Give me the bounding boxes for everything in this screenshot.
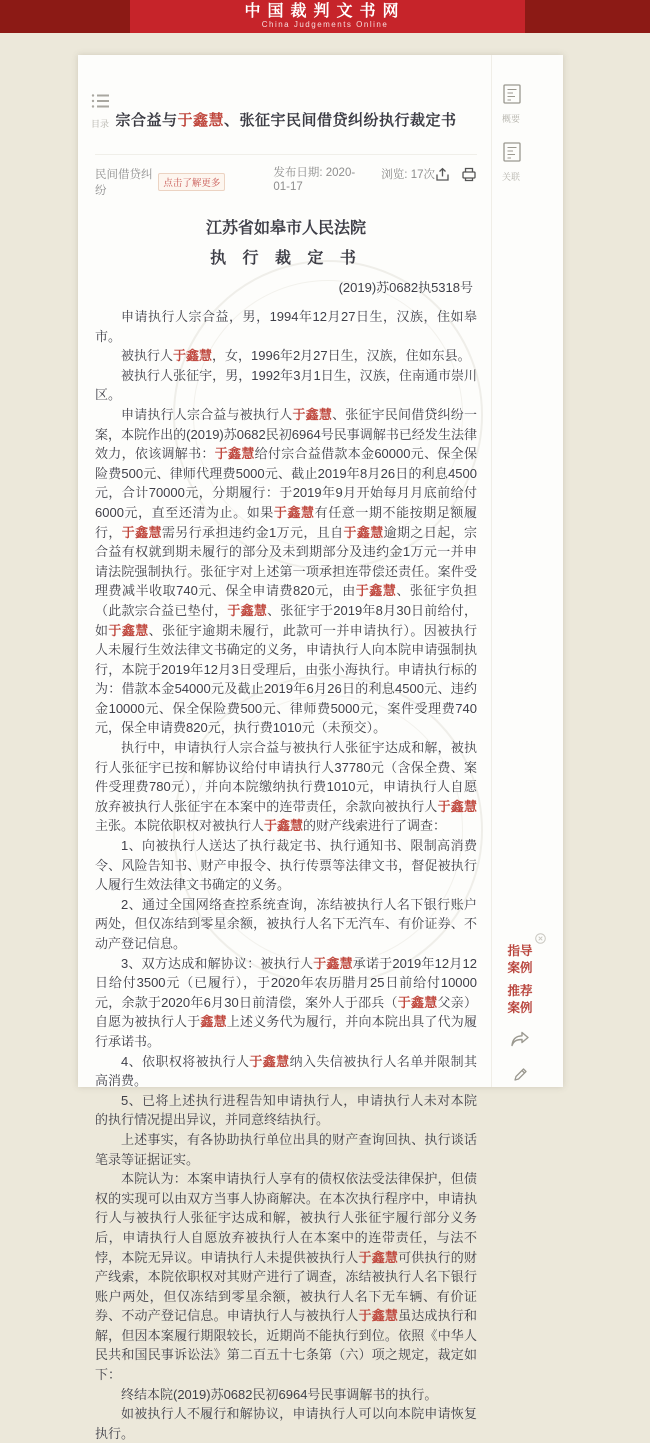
document-card: 目录 宗合益与于鑫慧、张征宇民间借贷纠纷执行裁定书 民间借贷纠纷 点击了解更多 … (78, 55, 563, 1087)
document-paragraph: 被执行人张征宇，男，1992年3月1日生，汉族，住南通市崇川区。 (95, 366, 477, 405)
document-meta-bar: 民间借贷纠纷 点击了解更多 发布日期: 2020-01-17 浏览: 17次 (95, 154, 477, 198)
tab-recommended-cases[interactable]: 推荐案例 (505, 983, 535, 1017)
related-tool[interactable]: 关联 (492, 141, 563, 183)
catalog-tool-label: 目录 (79, 117, 121, 130)
document-paragraph: 3、双方达成和解协议：被执行人于鑫慧承诺于2019年12月12日给付3500元（… (95, 954, 477, 1052)
court-name: 江苏省如皋市人民法院 (95, 215, 477, 238)
overview-tool-label: 概要 (502, 112, 563, 125)
related-doc-icon (502, 150, 522, 167)
overview-tool[interactable]: 概要 (492, 83, 563, 125)
document-paragraph: 被执行人于鑫慧，女，1996年2月27日生，汉族，住如东县。 (95, 346, 477, 366)
document-body: 申请执行人宗合益，男，1994年12月27日生，汉族，住如皋市。被执行人于鑫慧，… (95, 307, 477, 1087)
learn-more-link[interactable]: 点击了解更多 (158, 173, 225, 191)
document-title: 宗合益与于鑫慧、张征宇民间借贷纠纷执行裁定书 (95, 109, 477, 130)
site-title: 中国裁判文书网 (244, 3, 405, 20)
site-subtitle: China Judgements Online (262, 20, 389, 30)
tool-sidebar: 概要 关联 指导案例 推荐案例 (491, 55, 563, 1087)
document-type: 执 行 裁 定 书 (95, 245, 477, 268)
document-paragraph: 4、依职权将被执行人于鑫慧纳入失信被执行人名单并限制其高消费。 (95, 1052, 477, 1087)
site-banner: 中国裁判文书网 China Judgements Online (0, 0, 650, 33)
catalog-tool[interactable]: 目录 (79, 93, 121, 130)
case-tabs-panel: 指导案例 推荐案例 (498, 943, 542, 1087)
catalog-list-icon (91, 96, 110, 113)
document-paragraph: 2、通过全国网络查控系统查询，冻结被执行人名下银行账户两处，但仅冻结到零星余额，… (95, 895, 477, 954)
related-tool-label: 关联 (502, 170, 563, 183)
share-icon[interactable] (435, 167, 450, 185)
document-paragraph: 执行中，申请执行人宗合益与被执行人张征宇达成和解，被执行人张征宇已按和解协议给付… (95, 738, 477, 836)
print-icon[interactable] (461, 167, 477, 185)
document-paragraph: 1、向被执行人送达了执行裁定书、执行通知书、限制高消费令、风险告知书、财产申报令… (95, 836, 477, 895)
overview-doc-icon (502, 92, 522, 109)
document-paragraph: 申请执行人宗合益与被执行人于鑫慧、张征宇民间借贷纠纷一案，本院作出的(2019)… (95, 405, 477, 738)
publish-date: 发布日期: 2020-01-17 (273, 166, 355, 194)
view-count: 浏览: 17次 (381, 166, 435, 182)
tab-guidance-cases[interactable]: 指导案例 (505, 943, 535, 977)
document-paragraph: 申请执行人宗合益，男，1994年12月27日生，汉族，住如皋市。 (95, 307, 477, 346)
pencil-icon[interactable] (498, 1066, 542, 1087)
case-number: (2019)苏0682执5318号 (95, 277, 477, 296)
forward-share-icon[interactable] (498, 1031, 542, 1052)
close-icon[interactable] (535, 931, 546, 949)
cause-of-action: 民间借贷纠纷 (95, 166, 154, 198)
